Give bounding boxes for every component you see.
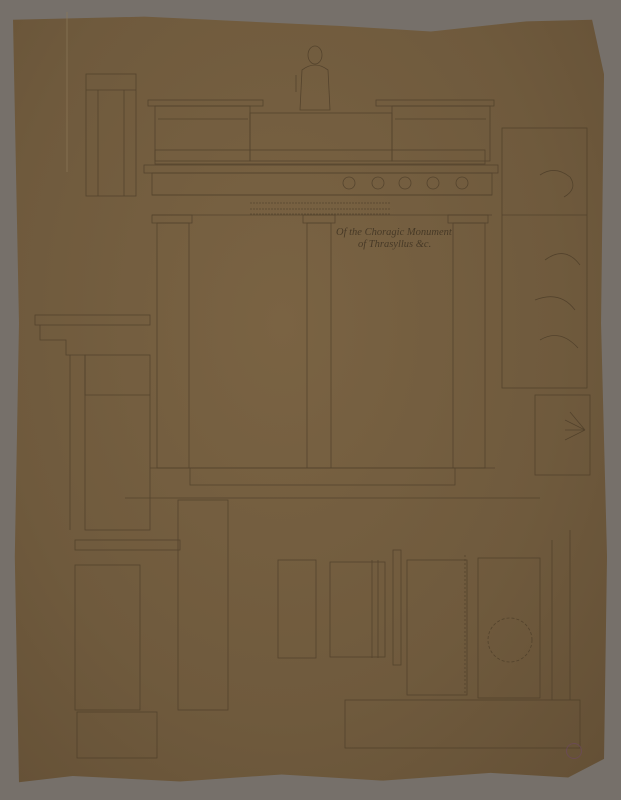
base-details [178,500,580,748]
statue-figure [296,46,330,110]
relief-sculpture-right [502,128,590,475]
profile-section-left [35,315,180,758]
caption-line-2: of Thrasyllus &c. [336,239,452,251]
caption-line-1: Of the Choragic Monument [336,227,452,239]
entablature [144,165,498,215]
capital-detail-left [86,74,136,196]
architectural-drawing [0,0,621,800]
pilasters [125,215,540,498]
drawing-caption: Of the Choragic Monument of Thrasyllus &… [336,227,452,251]
collection-stamp-icon [566,743,582,759]
